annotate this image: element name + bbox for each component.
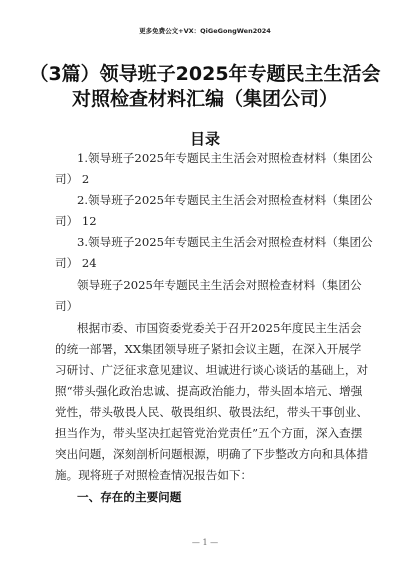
toc-item-1-cont[interactable]: 司） 2	[55, 172, 355, 186]
document-title: （3篇）领导班子2025年专题民主生活会 对照检查材料汇编（集团公司）	[0, 62, 410, 112]
paragraph-line: 施。现将班子对照检查情况报告如下：	[55, 468, 355, 482]
paragraph-line: 突出问题，深刻剖析问题根源，明确了下步整改方向和具体措	[55, 447, 355, 461]
toc-item-2[interactable]: 2.领导班子2025年专题民主生活会对照检查材料（集团公	[55, 193, 377, 207]
toc-heading: 目录	[0, 128, 410, 149]
paragraph-line: 的统一部署，XX集团领导班子紧扣会议主题，在深入开展学	[55, 342, 355, 356]
paragraph-line: 担当作为，带头坚决扛起管党治党责任”五个方面，深入查摆	[55, 426, 355, 440]
document-title-line-2: 对照检查材料汇编（集团公司）	[0, 87, 410, 112]
section-heading: 一、存在的主要问题	[55, 490, 377, 504]
page-header-watermark: 更多免费公文+VX：QiGeGongWen2024	[0, 26, 410, 35]
paragraph-line: 照“带头强化政治忠诚、提高政治能力，带头固本培元、增强	[55, 384, 355, 398]
toc-item-2-cont[interactable]: 司） 12	[55, 214, 355, 228]
page-number: — 1 —	[0, 538, 410, 547]
article-title-line-2: 司）	[55, 299, 355, 313]
article-title-line-1: 领导班子2025年专题民主生活会对照检查材料（集团公	[55, 278, 377, 292]
toc-item-3-cont[interactable]: 司） 24	[55, 256, 355, 270]
document-title-line-1: （3篇）领导班子2025年专题民主生活会	[0, 62, 410, 87]
paragraph-line: 习研讨、广泛征求意见建议、坦诚进行谈心谈话的基础上，对	[55, 363, 355, 377]
toc-item-1[interactable]: 1.领导班子2025年专题民主生活会对照检查材料（集团公	[55, 151, 377, 165]
paragraph-line: 党性，带头敬畏人民、敬畏组织、敬畏法纪，带头干事创业、	[55, 405, 355, 419]
paragraph-line: 根据市委、市国资委党委关于召开2025年度民主生活会	[55, 321, 377, 335]
toc-item-3[interactable]: 3.领导班子2025年专题民主生活会对照检查材料（集团公	[55, 235, 377, 249]
